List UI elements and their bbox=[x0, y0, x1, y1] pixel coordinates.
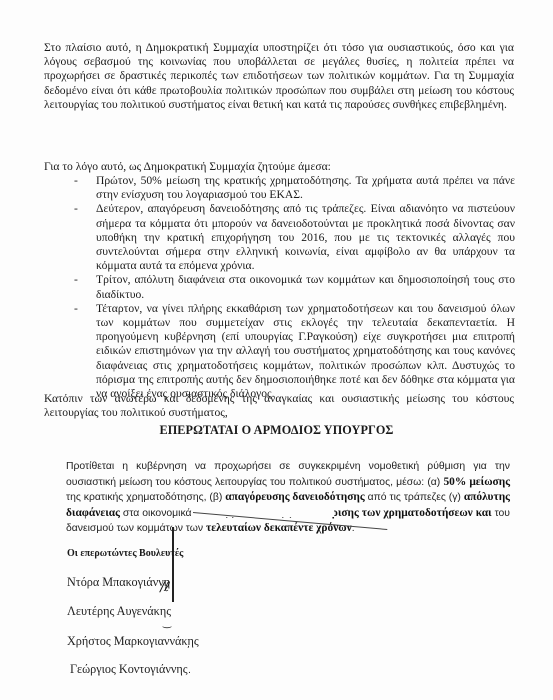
signer-name: Λευτέρης Αυγενάκης bbox=[67, 604, 171, 619]
demand-item: -Τρίτον, απόλυτη διαφάνεια στα οικονομικ… bbox=[70, 273, 515, 301]
signer-name: Γεώργιος Κοντογιάννης bbox=[70, 662, 188, 677]
demand-text: Τέταρτον, να γίνει πλήρης εκκαθάριση των… bbox=[96, 302, 515, 400]
proposal-emphasis: 50% μείωσης bbox=[443, 476, 510, 488]
demand-text: Δεύτερον, απαγόρευση δανειοδότησης από τ… bbox=[96, 202, 515, 272]
demand-text: Πρώτον, 50% μείωση της κρατικής χρηματοδ… bbox=[96, 174, 515, 201]
demands-list: -Πρώτον, 50% μείωση της κρατικής χρηματο… bbox=[70, 174, 515, 401]
proposal-text: της κρατικής χρηματοδότησης, (β) bbox=[66, 492, 225, 503]
signature-mark-icon: . bbox=[188, 666, 191, 676]
scan-vertical-line bbox=[172, 527, 174, 602]
interpellation-heading: ΕΠΕΡΩΤΑΤΑΙ Ο ΑΡΜΟΔΙΟΣ ΥΠΟΥΡΓΟΣ bbox=[0, 423, 553, 438]
signature-mark-icon: /ℓ bbox=[159, 580, 171, 595]
bullet-dash: - bbox=[74, 273, 78, 287]
demand-text: Τρίτον, απόλυτη διαφάνεια στα οικονομικά… bbox=[96, 273, 515, 300]
bullet-dash: - bbox=[74, 202, 78, 216]
conclusion-paragraph: Κατόπιν των ανωτέρω και δεδομένης της αν… bbox=[44, 392, 514, 420]
signature-mark-icon: ‿ bbox=[163, 618, 171, 629]
scanned-document-page: Στο πλαίσιο αυτό, η Δημοκρατική Συμμαχία… bbox=[0, 0, 553, 700]
proposal-text: . bbox=[352, 523, 355, 534]
signer-name: Ντόρα Μπακογιάννη bbox=[67, 575, 170, 590]
proposal-emphasis: απαγόρευσης δανειοδότησης bbox=[225, 491, 364, 503]
signer-name: Χρήστος Μαρκογιαννάκης bbox=[67, 634, 199, 649]
demand-item: -Δεύτερον, απαγόρευση δανειοδότησης από … bbox=[70, 202, 515, 273]
demand-item: -Τέταρτον, να γίνει πλήρης εκκαθάριση τω… bbox=[70, 302, 515, 401]
signature-mark-icon: , bbox=[187, 640, 190, 650]
intro-paragraph: Στο πλαίσιο αυτό, η Δημοκρατική Συμμαχία… bbox=[44, 41, 514, 112]
demands-intro: Για το λόγο αυτό, ως Δημοκρατική Συμμαχί… bbox=[44, 160, 514, 174]
bullet-dash: - bbox=[74, 302, 78, 316]
demand-item: -Πρώτον, 50% μείωση της κρατικής χρηματο… bbox=[70, 174, 515, 202]
proposal-paragraph: Προτίθεται η κυβέρνηση να προχωρήσει σε … bbox=[66, 460, 510, 536]
signers-label: Οι επερωτώντες Βουλευτές bbox=[67, 548, 183, 559]
proposal-text: από τις τράπεζες (γ) bbox=[365, 492, 464, 503]
bullet-dash: - bbox=[74, 174, 78, 188]
